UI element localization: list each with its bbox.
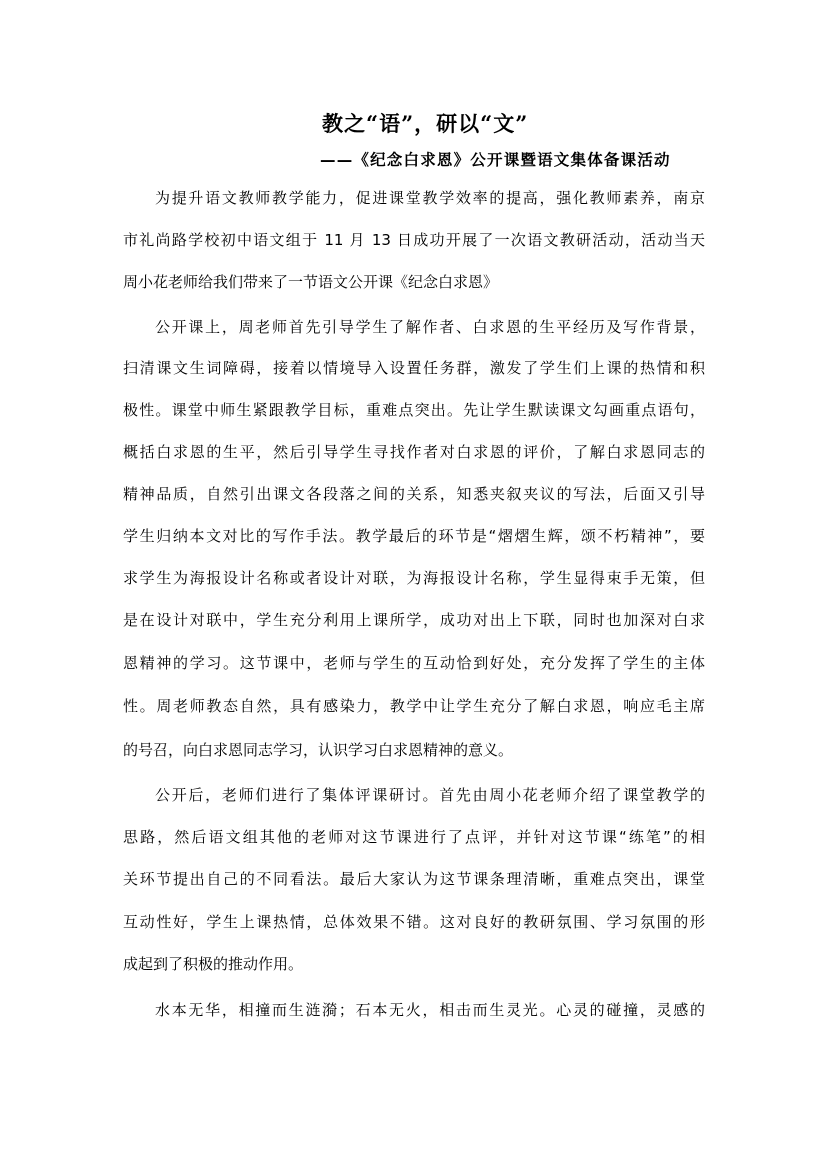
paragraph-2-line-7: 求学生为海报设计名称或者设计对联，为海报设计名称，学生显得束手无策，但 [123, 568, 705, 588]
paragraph-4-line-1: 水本无华，相撞而生涟漪；石本无火，相击而生灵光。心灵的碰撞，灵感的 [155, 1000, 705, 1020]
paragraph-1-line-2: 市礼尚路学校初中语文组于 11 月 13 日成功开展了一次语文教研活动，活动当天 [123, 230, 705, 250]
document-page: 教之“语”，研以“文” ——《纪念白求恩》公开课暨语文集体备课活动 为提升语文教… [0, 0, 827, 1170]
paragraph-2-line-9: 恩精神的学习。这节课中，老师与学生的互动恰到好处，充分发挥了学生的主体 [123, 653, 705, 673]
paragraph-3-line-4: 互动性好，学生上课热情，总体效果不错。这对良好的教研氛围、学习氛围的形 [123, 912, 705, 932]
document-title: 教之“语”，研以“文” [322, 108, 528, 138]
paragraph-3-line-2: 思路，然后语文组其他的老师对这节课进行了点评，并针对这节课“练笔”的相 [123, 827, 705, 847]
paragraph-1-line-3: 周小花老师给我们带来了一节语文公开课《纪念白求恩》 [123, 272, 705, 292]
paragraph-2-line-8: 是在设计对联中，学生充分利用上课所学，成功对出上下联，同时也加深对白求 [123, 610, 705, 630]
paragraph-2-line-10: 性。周老师教态自然，具有感染力，教学中让学生充分了解白求恩，响应毛主席 [123, 696, 705, 716]
paragraph-3-line-1: 公开后，老师们进行了集体评课研讨。首先由周小花老师介绍了课堂教学的 [155, 785, 705, 805]
paragraph-3-line-3: 关环节提出自己的不同看法。最后大家认为这节课条理清晰，重难点突出，课堂 [123, 869, 705, 889]
paragraph-1-line-1: 为提升语文教师教学能力，促进课堂教学效率的提高，强化教师素养，南京 [155, 188, 705, 208]
paragraph-3-line-5: 成起到了积极的推动作用。 [123, 954, 705, 974]
paragraph-2-line-3: 极性。课堂中师生紧跟教学目标，重难点突出。先让学生默读课文勾画重点语句， [123, 400, 705, 420]
paragraph-2-line-6: 学生归纳本文对比的写作手法。教学最后的环节是“熠熠生辉，颂不朽精神”，要 [123, 526, 705, 546]
paragraph-2-line-11: 的号召，向白求恩同志学习，认识学习白求恩精神的意义。 [123, 740, 705, 760]
paragraph-2-line-2: 扫清课文生词障碍，接着以情境导入设置任务群，激发了学生们上课的热情和积 [123, 358, 705, 378]
paragraph-2-line-5: 精神品质，自然引出课文各段落之间的关系，知悉夹叙夹议的写法，后面又引导 [123, 484, 705, 504]
paragraph-2-line-1: 公开课上，周老师首先引导学生了解作者、白求恩的生平经历及写作背景， [155, 317, 705, 337]
paragraph-2-line-4: 概括白求恩的生平，然后引导学生寻找作者对白求恩的评价，了解白求恩同志的 [123, 442, 705, 462]
document-subtitle: ——《纪念白求恩》公开课暨语文集体备课活动 [320, 148, 671, 170]
